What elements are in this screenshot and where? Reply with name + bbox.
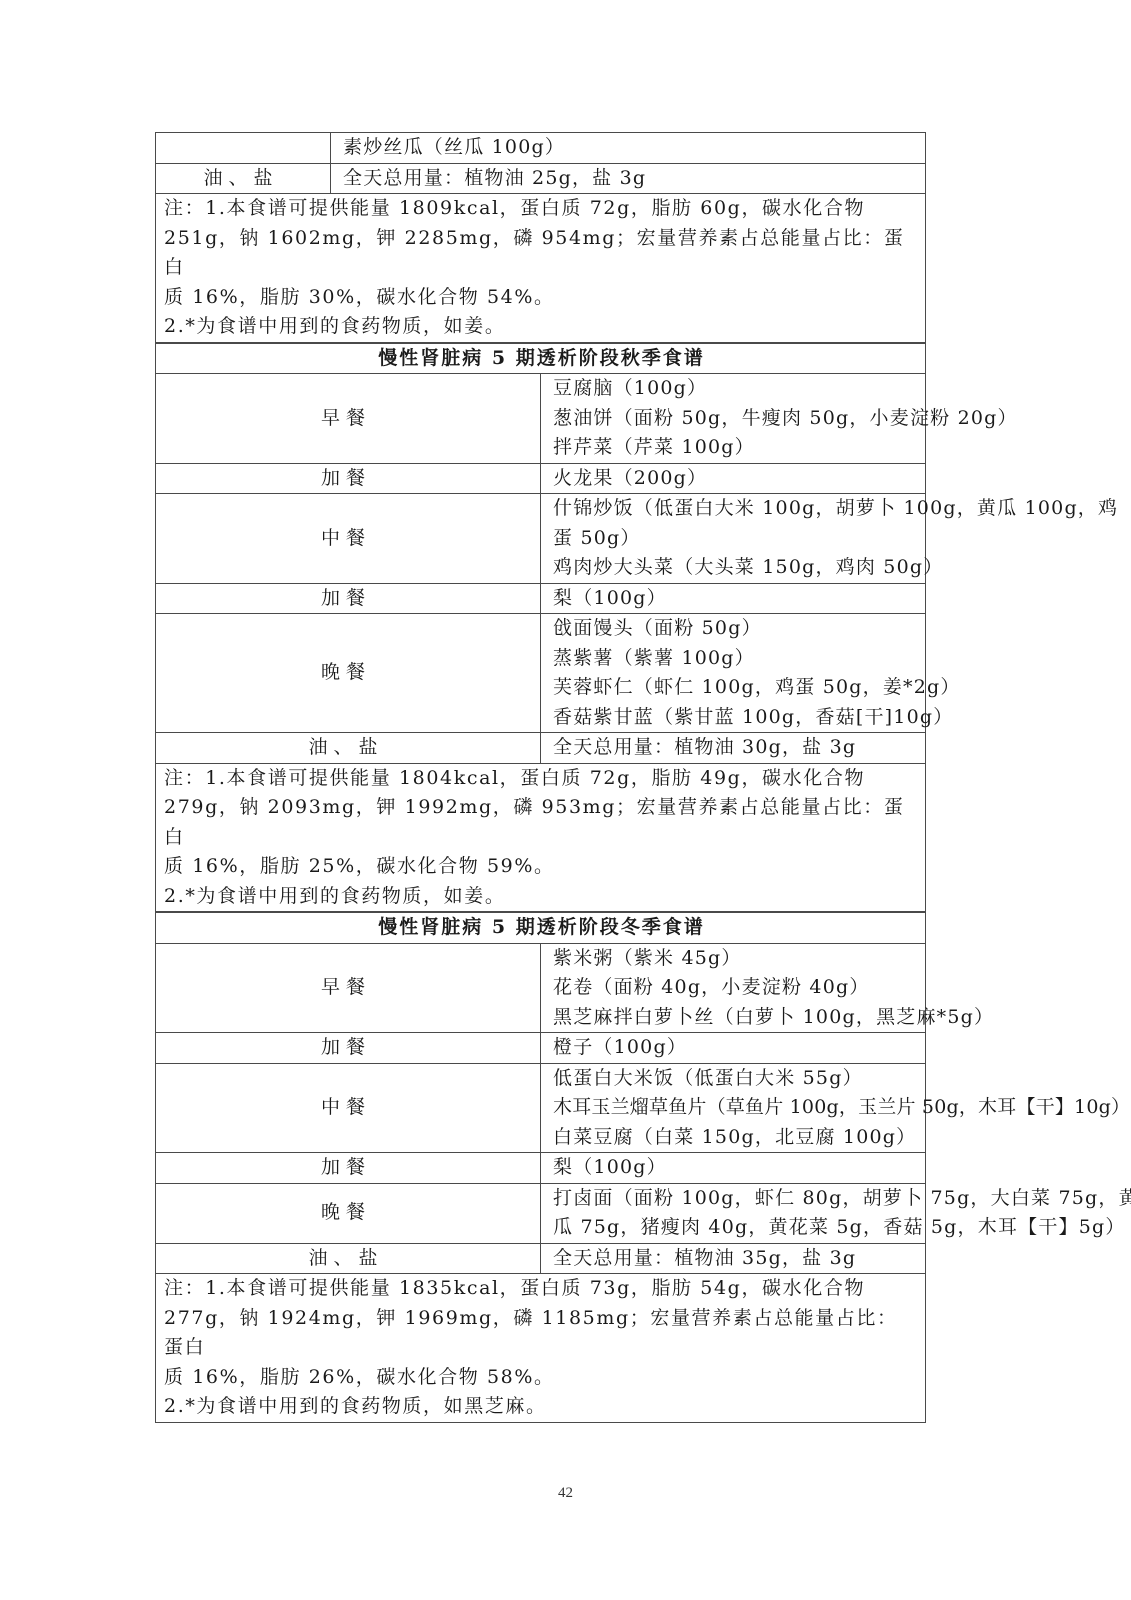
note-line: 2.*为食谱中用到的食药物质，如黑芝麻。 (164, 1392, 917, 1422)
note-line: 注：1.本食谱可提供能量 1835kcal，蛋白质 73g，脂肪 54g，碳水化… (164, 1274, 917, 1304)
meal-items: 什锦炒饭（低蛋白大米 100g，胡萝卜 100g，黄瓜 100g，鸡 蛋 50g… (541, 494, 926, 584)
table-row: 慢性肾脏病 5 期透析阶段秋季食谱 早餐 豆腐脑（100g） 葱油饼（面粉 50… (155, 343, 926, 913)
meal-label: 油、盐 (156, 733, 541, 764)
meal-item: 香菇紫甘蓝（紫甘蓝 100g，香菇[干]10g） (553, 703, 915, 733)
meal-item: 橙子（100g） (553, 1033, 915, 1063)
meal-item: 芙蓉虾仁（虾仁 100g，鸡蛋 50g，姜*2g） (553, 673, 915, 703)
meal-item: 梨（100g） (553, 1153, 915, 1183)
meal-item: 全天总用量：植物油 35g，盐 3g (553, 1244, 915, 1274)
section-title-row: 慢性肾脏病 5 期透析阶段秋季食谱 (156, 343, 926, 374)
table-row: 加餐 梨（100g） (156, 583, 926, 614)
meal-label: 晚餐 (156, 1183, 541, 1243)
meal-item: 全天总用量：植物油 30g，盐 3g (553, 733, 915, 763)
note-line: 251g，钠 1602mg，钾 2285mg，磷 954mg；宏量营养素占总能量… (164, 224, 917, 283)
meal-item: 瓜 75g，猪瘦肉 40g，黄花菜 5g，香菇 5g，木耳【干】5g） (553, 1213, 915, 1243)
meal-item: 蒸紫薯（紫薯 100g） (553, 644, 915, 674)
meal-items: 素炒丝瓜（丝瓜 100g） (331, 133, 926, 164)
meal-items: 梨（100g） (541, 1153, 926, 1184)
table-row: 素炒丝瓜（丝瓜 100g） (156, 133, 926, 164)
meal-item: 鸡肉炒大头菜（大头菜 150g，鸡肉 50g） (553, 553, 915, 583)
meal-items: 戗面馒头（面粉 50g） 蒸紫薯（紫薯 100g） 芙蓉虾仁（虾仁 100g，鸡… (541, 614, 926, 733)
meal-item: 葱油饼（面粉 50g，牛瘦肉 50g，小麦淀粉 20g） (553, 404, 915, 434)
meal-items: 全天总用量：植物油 25g，盐 3g (331, 163, 926, 194)
table-row: 慢性肾脏病 5 期透析阶段冬季食谱 早餐 紫米粥（紫米 45g） 花卷（面粉 4… (155, 912, 926, 1423)
table-row: 中餐 低蛋白大米饭（低蛋白大米 55g） 木耳玉兰熘草鱼片（草鱼片 100g，玉… (156, 1063, 926, 1153)
meal-item: 蛋 50g） (553, 524, 915, 554)
nutrition-note: 注：1.本食谱可提供能量 1835kcal，蛋白质 73g，脂肪 54g，碳水化… (156, 1274, 926, 1423)
summer-tail-section: 素炒丝瓜（丝瓜 100g） 油、盐 全天总用量：植物油 25g，盐 3g 注：1… (155, 132, 926, 343)
table-row: 加餐 梨（100g） (156, 1153, 926, 1184)
meal-item: 白菜豆腐（白菜 150g，北豆腐 100g） (553, 1123, 915, 1153)
meal-label: 加餐 (156, 1153, 541, 1184)
table-row: 加餐 橙子（100g） (156, 1033, 926, 1064)
note-line: 质 16%，脂肪 25%，碳水化合物 59%。 (164, 852, 917, 882)
table-row: 素炒丝瓜（丝瓜 100g） 油、盐 全天总用量：植物油 25g，盐 3g 注：1… (155, 132, 926, 343)
page-number: 42 (0, 1485, 1131, 1502)
meal-item: 梨（100g） (553, 584, 915, 614)
meal-item: 全天总用量：植物油 25g，盐 3g (343, 164, 915, 194)
meal-items: 紫米粥（紫米 45g） 花卷（面粉 40g，小麦淀粉 40g） 黑芝麻拌白萝卜丝… (541, 943, 926, 1033)
note-line: 注：1.本食谱可提供能量 1809kcal，蛋白质 72g，脂肪 60g，碳水化… (164, 194, 917, 224)
note-line: 注：1.本食谱可提供能量 1804kcal，蛋白质 72g，脂肪 49g，碳水化… (164, 764, 917, 794)
note-line: 279g，钠 2093mg，钾 1992mg，磷 953mg；宏量营养素占总能量… (164, 793, 917, 852)
table-row: 加餐 火龙果（200g） (156, 463, 926, 494)
meal-items: 全天总用量：植物油 30g，盐 3g (541, 733, 926, 764)
meal-label: 加餐 (156, 583, 541, 614)
note-line: 2.*为食谱中用到的食药物质，如姜。 (164, 312, 917, 342)
table-row: 早餐 豆腐脑（100g） 葱油饼（面粉 50g，牛瘦肉 50g，小麦淀粉 20g… (156, 374, 926, 464)
meal-label: 加餐 (156, 1033, 541, 1064)
note-line: 质 16%，脂肪 26%，碳水化合物 58%。 (164, 1363, 917, 1393)
table-row: 油、盐 全天总用量：植物油 30g，盐 3g (156, 733, 926, 764)
section-title: 慢性肾脏病 5 期透析阶段冬季食谱 (156, 913, 926, 944)
winter-section: 慢性肾脏病 5 期透析阶段冬季食谱 早餐 紫米粥（紫米 45g） 花卷（面粉 4… (155, 912, 926, 1423)
note-line: 质 16%，脂肪 30%，碳水化合物 54%。 (164, 283, 917, 313)
meal-item: 花卷（面粉 40g，小麦淀粉 40g） (553, 973, 915, 1003)
meal-items: 梨（100g） (541, 583, 926, 614)
meal-items: 打卤面（面粉 100g，虾仁 80g，胡萝卜 75g，大白菜 75g，黄 瓜 7… (541, 1183, 926, 1243)
meal-label (156, 133, 331, 164)
meal-item: 火龙果（200g） (553, 464, 915, 494)
table-row: 晚餐 戗面馒头（面粉 50g） 蒸紫薯（紫薯 100g） 芙蓉虾仁（虾仁 100… (156, 614, 926, 733)
meal-item: 拌芹菜（芹菜 100g） (553, 433, 915, 463)
table-row: 油、盐 全天总用量：植物油 35g，盐 3g (156, 1243, 926, 1274)
table-row: 早餐 紫米粥（紫米 45g） 花卷（面粉 40g，小麦淀粉 40g） 黑芝麻拌白… (156, 943, 926, 1033)
section-title-row: 慢性肾脏病 5 期透析阶段冬季食谱 (156, 913, 926, 944)
meal-plan-table: 素炒丝瓜（丝瓜 100g） 油、盐 全天总用量：植物油 25g，盐 3g 注：1… (155, 132, 926, 1423)
table-row: 注：1.本食谱可提供能量 1835kcal，蛋白质 73g，脂肪 54g，碳水化… (156, 1274, 926, 1423)
section-title: 慢性肾脏病 5 期透析阶段秋季食谱 (156, 343, 926, 374)
meal-label: 中餐 (156, 1063, 541, 1153)
meal-item: 低蛋白大米饭（低蛋白大米 55g） (553, 1064, 915, 1094)
table-row: 注：1.本食谱可提供能量 1809kcal，蛋白质 72g，脂肪 60g，碳水化… (156, 194, 926, 343)
meal-label: 油、盐 (156, 163, 331, 194)
meal-item: 戗面馒头（面粉 50g） (553, 614, 915, 644)
meal-items: 火龙果（200g） (541, 463, 926, 494)
meal-item: 紫米粥（紫米 45g） (553, 944, 915, 974)
meal-item: 木耳玉兰熘草鱼片（草鱼片 100g，玉兰片 50g，木耳【干】10g） (553, 1093, 915, 1123)
note-line: 277g，钠 1924mg，钾 1969mg，磷 1185mg；宏量营养素占总能… (164, 1304, 917, 1363)
meal-item: 什锦炒饭（低蛋白大米 100g，胡萝卜 100g，黄瓜 100g，鸡 (553, 494, 915, 524)
table-row: 晚餐 打卤面（面粉 100g，虾仁 80g，胡萝卜 75g，大白菜 75g，黄 … (156, 1183, 926, 1243)
autumn-section: 慢性肾脏病 5 期透析阶段秋季食谱 早餐 豆腐脑（100g） 葱油饼（面粉 50… (155, 343, 926, 913)
meal-items: 豆腐脑（100g） 葱油饼（面粉 50g，牛瘦肉 50g，小麦淀粉 20g） 拌… (541, 374, 926, 464)
meal-item: 黑芝麻拌白萝卜丝（白萝卜 100g，黑芝麻*5g） (553, 1003, 915, 1033)
meal-item: 豆腐脑（100g） (553, 374, 915, 404)
table-row: 油、盐 全天总用量：植物油 25g，盐 3g (156, 163, 926, 194)
meal-label: 早餐 (156, 943, 541, 1033)
meal-label: 晚餐 (156, 614, 541, 733)
meal-label: 中餐 (156, 494, 541, 584)
meal-label: 加餐 (156, 463, 541, 494)
meal-label: 早餐 (156, 374, 541, 464)
meal-items: 全天总用量：植物油 35g，盐 3g (541, 1243, 926, 1274)
table-row: 中餐 什锦炒饭（低蛋白大米 100g，胡萝卜 100g，黄瓜 100g，鸡 蛋 … (156, 494, 926, 584)
meal-items: 橙子（100g） (541, 1033, 926, 1064)
meal-label: 油、盐 (156, 1243, 541, 1274)
meal-item: 素炒丝瓜（丝瓜 100g） (343, 133, 915, 163)
meal-items: 低蛋白大米饭（低蛋白大米 55g） 木耳玉兰熘草鱼片（草鱼片 100g，玉兰片 … (541, 1063, 926, 1153)
note-line: 2.*为食谱中用到的食药物质，如姜。 (164, 882, 917, 912)
nutrition-note: 注：1.本食谱可提供能量 1804kcal，蛋白质 72g，脂肪 49g，碳水化… (156, 763, 926, 912)
table-row: 注：1.本食谱可提供能量 1804kcal，蛋白质 72g，脂肪 49g，碳水化… (156, 763, 926, 912)
meal-item: 打卤面（面粉 100g，虾仁 80g，胡萝卜 75g，大白菜 75g，黄 (553, 1184, 915, 1214)
nutrition-note: 注：1.本食谱可提供能量 1809kcal，蛋白质 72g，脂肪 60g，碳水化… (156, 194, 926, 343)
